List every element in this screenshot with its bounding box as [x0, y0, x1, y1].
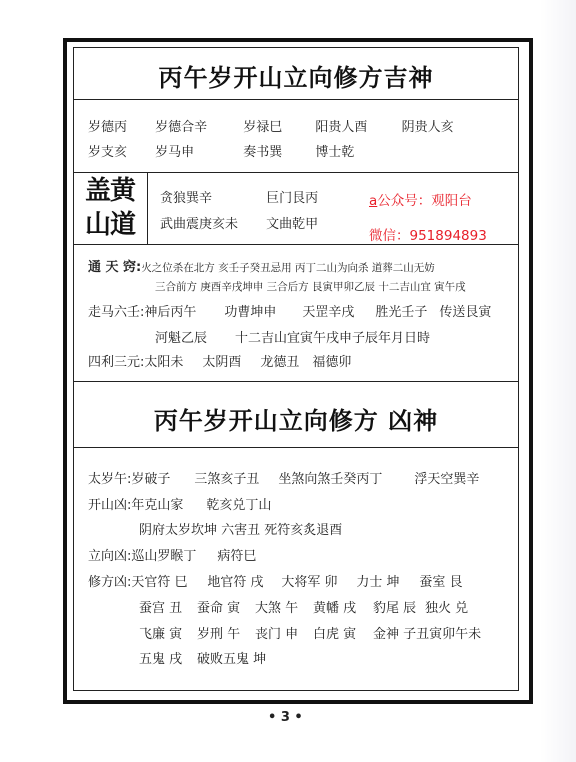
item: 独火 兑: [425, 597, 468, 616]
item: 岁刑 午: [197, 623, 255, 642]
item: 乾亥兑丁山: [206, 494, 271, 513]
item: 岁德丙: [88, 116, 151, 135]
lixiang-row: 立向凶:巡山罗睺丁病符巳: [88, 545, 256, 564]
auspicious-row-2: 岁支亥 岁马申 奏书巽 博士乾: [88, 141, 354, 160]
gaihuang-row-2: 武曲震庚亥未 文曲乾甲: [160, 213, 318, 232]
gaihuang-label: 盖黄 山道: [78, 174, 142, 242]
item: 五鬼 戌: [139, 648, 197, 667]
zouma-row-2: 河魁乙辰十二吉山宜寅午戌申子辰年月日時: [155, 327, 430, 346]
item: 奏书巽: [243, 141, 311, 160]
item: 阳贵人酉: [315, 116, 397, 135]
item: 黄幡 戌: [313, 597, 373, 616]
xiufang-row-3: 飞廉 寅岁刑 午丧门 申白虎 寅金神 子丑寅卯午未: [139, 623, 481, 642]
item: 力士 坤: [356, 571, 419, 590]
item: 金神 子丑寅卯午未: [373, 623, 481, 642]
sili-label: 四利三元:: [88, 351, 144, 370]
item: 岁破子: [131, 468, 194, 487]
item: 岁禄巳: [243, 116, 311, 135]
item: 福德卯: [312, 351, 351, 370]
watermark-account: a公众号：观阳台: [369, 189, 472, 209]
item: 岁支亥: [88, 141, 151, 160]
zouma-label: 走马六壬:: [88, 301, 144, 320]
item: 博士乾: [315, 141, 354, 160]
divider-section-end: [73, 381, 519, 382]
divider-gaihuang-bottom: [73, 244, 519, 245]
item: 大煞 午: [255, 597, 313, 616]
xiufang-row-4: 五鬼 戌破败五鬼 坤: [139, 648, 266, 667]
item: 三煞亥子丑: [194, 468, 278, 487]
sili-row: 四利三元:太阳未太阴酉龙德丑福德卯: [88, 351, 351, 370]
item: 岁德合辛: [155, 116, 239, 135]
gaihuang-label-line2: 山道: [78, 208, 142, 242]
item: 太阴酉: [202, 351, 260, 370]
item: 传送艮寅: [439, 301, 491, 320]
divider-title-auspicious: [73, 99, 519, 100]
item: 破败五鬼 坤: [197, 648, 266, 667]
item: 飞廉 寅: [139, 623, 197, 642]
item: 贪狼巽辛: [160, 187, 262, 206]
kaishan-row-2: 阴府太岁坎坤 六害丑 死符亥炙退酉: [139, 519, 342, 538]
divider-title-inauspicious: [73, 447, 519, 448]
item: 文曲乾甲: [266, 213, 318, 232]
auspicious-title: 丙午岁开山立向修方吉神: [74, 58, 518, 93]
item: 功曹坤申: [224, 301, 302, 320]
item: 巨门艮丙: [266, 187, 318, 206]
item: 豹尾 辰: [373, 597, 425, 616]
watermark-wechat: 微信：951894893: [369, 224, 487, 244]
item: 天官符 巳: [131, 571, 207, 590]
tongtian-label: 通 天 窍:: [88, 256, 141, 275]
lixiang-label: 立向凶:: [88, 545, 131, 564]
divider-gaihuang-top: [73, 172, 519, 173]
xiufang-label: 修方凶:: [88, 571, 131, 590]
xiufang-row-1: 修方凶:天官符 巳地官符 戌大将军 卯力士 坤蚕室 艮: [88, 571, 463, 590]
item: 病符巳: [217, 545, 256, 564]
tongtian-row-2: 三合前方 庚酉辛戌坤申 三合后方 艮寅甲卯乙辰 十二吉山宜 寅午戌: [155, 279, 466, 294]
tongtian-row-1: 通 天 窍:火之位杀在北方 亥壬子癸丑忌用 丙丁二山为向杀 道葬二山无妨: [88, 256, 435, 275]
auspicious-row-1: 岁德丙 岁德合辛 岁禄巳 阳贵人酉 阴贵人亥: [88, 116, 454, 135]
page-number: • 3 •: [268, 710, 303, 725]
item: 年克山家: [131, 494, 206, 513]
tongtian-text-1: 火之位杀在北方 亥壬子癸丑忌用 丙丁二山为向杀 道葬二山无妨: [141, 260, 435, 275]
item: 神后丙午: [144, 301, 224, 320]
kaishan-row-1: 开山凶:年克山家乾亥兑丁山: [88, 494, 271, 513]
taisui-row: 太岁午:岁破子三煞亥子丑坐煞向煞壬癸丙丁浮天空巽辛: [88, 468, 479, 487]
item: 岁马申: [155, 141, 239, 160]
inauspicious-title: 丙午岁开山立向修方 凶神: [74, 401, 518, 436]
zouma-row-1: 走马六壬:神后丙午功曹坤申天罡辛戌胜光壬子传送艮寅: [88, 301, 491, 320]
gaihuang-row-1: 贪狼巽辛 巨门艮丙: [160, 187, 318, 206]
item: 蚕命 寅: [197, 597, 255, 616]
item: 天罡辛戌: [302, 301, 375, 320]
item: 丧门 申: [255, 623, 313, 642]
item: 太阳未: [144, 351, 202, 370]
item: 蚕室 艮: [419, 571, 462, 590]
item: 白虎 寅: [313, 623, 373, 642]
item: 蚕宫 丑: [139, 597, 197, 616]
item: 龙德丑: [260, 351, 312, 370]
item: 阴贵人亥: [402, 116, 454, 135]
divider-gaihuang-label: [147, 172, 148, 244]
item: 十二吉山宜寅午戌申子辰年月日時: [235, 327, 430, 346]
kaishan-label: 开山凶:: [88, 494, 131, 513]
item: 坐煞向煞壬癸丙丁: [278, 468, 414, 487]
item: 浮天空巽辛: [414, 468, 479, 487]
item: 胜光壬子: [375, 301, 439, 320]
xiufang-row-2: 蚕宫 丑蚕命 寅大煞 午黄幡 戌豹尾 辰独火 兑: [139, 597, 468, 616]
item: 大将军 卯: [281, 571, 356, 590]
item: 巡山罗睺丁: [131, 545, 217, 564]
item: 河魁乙辰: [155, 327, 235, 346]
item: 武曲震庚亥未: [160, 213, 262, 232]
taisui-label: 太岁午:: [88, 468, 131, 487]
page-edge-shadow: [540, 0, 576, 762]
gaihuang-label-line1: 盖黄: [78, 174, 142, 208]
item: 地官符 戌: [207, 571, 281, 590]
